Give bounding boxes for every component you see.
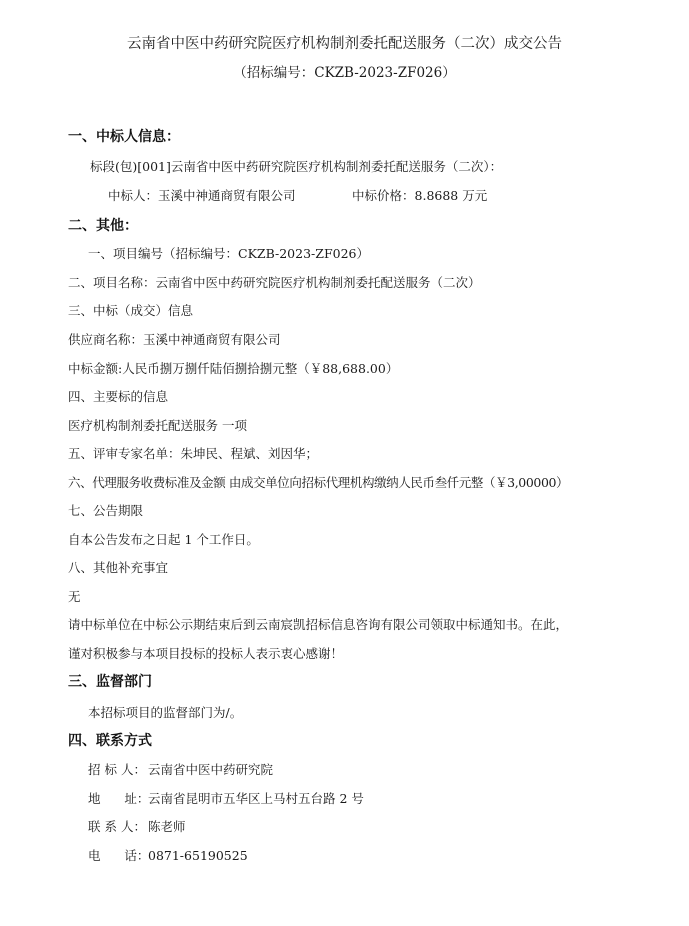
section-heading-other: 二、其他： — [68, 218, 138, 234]
contact-label: 电 话： — [88, 848, 148, 864]
document-title: 云南省中医中药研究院医疗机构制剂委托配送服务（二次）成交公告 — [0, 36, 689, 52]
price-row: 中标价格：8.8688 万元 — [352, 188, 487, 204]
section-heading-contact: 四、联系方式 — [68, 733, 152, 749]
supervision-text: 本招标项目的监督部门为/。 — [88, 705, 242, 721]
section-heading-winner-info: 一、中标人信息： — [68, 129, 180, 145]
review-experts: 五、评审专家名单：朱坤民、程斌、刘因华； — [68, 446, 318, 462]
award-amount: 中标金额:人民币捌万捌仟陆佰捌拾捌元整（￥88,688.00） — [68, 361, 398, 377]
contact-row-person: 联 系 人：陈老师 — [88, 819, 186, 835]
lot-description: 标段(包)[001]云南省中医中药研究院医疗机构制剂委托配送服务（二次）： — [90, 159, 502, 175]
project-name: 二、项目名称：云南省中医中药研究院医疗机构制剂委托配送服务（二次） — [68, 275, 481, 291]
contact-row-tenderer: 招 标 人：云南省中医中药研究院 — [88, 762, 273, 778]
main-item-heading: 四、主要标的信息 — [68, 389, 168, 405]
winner-label: 中标人： — [108, 188, 158, 203]
section-heading-supervision: 三、监督部门 — [68, 674, 152, 690]
winner-name: 玉溪中神通商贸有限公司 — [158, 188, 296, 203]
winning-price: 8.8688 万元 — [415, 188, 488, 203]
award-info-heading: 三、中标（成交）信息 — [68, 303, 193, 319]
notice-period: 自本公告发布之日起 1 个工作日。 — [68, 532, 259, 548]
winner-row: 中标人：玉溪中神通商贸有限公司 — [108, 188, 296, 204]
supplier-name: 供应商名称：玉溪中神通商贸有限公司 — [68, 332, 281, 348]
document-subtitle: （招标编号：CKZB-2023-ZF026） — [0, 65, 689, 81]
contact-label: 招 标 人： — [88, 762, 148, 778]
project-number: 一、项目编号（招标编号：CKZB-2023-ZF026） — [88, 246, 369, 262]
thanks-note: 谨对积极参与本项目投标的投标人表示衷心感谢！ — [68, 646, 343, 662]
contact-value: 云南省中医中药研究院 — [148, 762, 273, 777]
main-item: 医疗机构制剂委托配送服务 一项 — [68, 418, 247, 434]
contact-value: 云南省昆明市五华区上马村五台路 2 号 — [148, 791, 364, 806]
notice-instruction: 请中标单位在中标公示期结束后到云南宸凯招标信息咨询有限公司领取中标通知书。在此， — [68, 617, 568, 633]
contact-label: 联 系 人： — [88, 819, 148, 835]
agency-fee: 六、代理服务收费标准及金额 由成交单位向招标代理机构缴纳人民币叁仟元整（￥3,0… — [68, 475, 568, 491]
contact-row-phone: 电 话：0871-65190525 — [88, 848, 248, 864]
notice-period-heading: 七、公告期限 — [68, 503, 143, 519]
contact-value: 陈老师 — [148, 819, 186, 834]
other-matters: 无 — [68, 589, 81, 605]
contact-value: 0871-65190525 — [148, 848, 248, 863]
price-label: 中标价格： — [352, 188, 415, 203]
other-matters-heading: 八、其他补充事宜 — [68, 560, 168, 576]
contact-label: 地 址： — [88, 791, 148, 807]
contact-row-address: 地 址：云南省昆明市五华区上马村五台路 2 号 — [88, 791, 364, 807]
